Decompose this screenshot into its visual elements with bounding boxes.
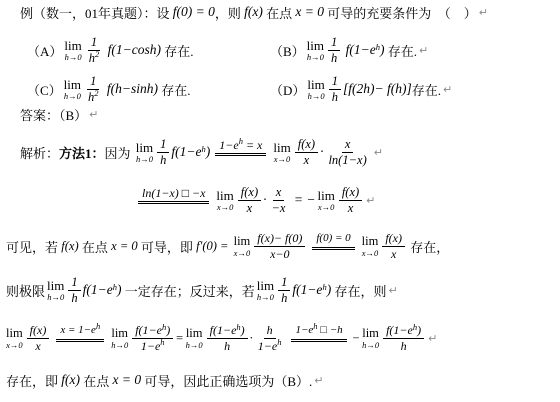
exponent: h (113, 282, 117, 292)
exists-text: 存在. (412, 80, 441, 99)
paragraph-mark: ↵ (366, 194, 375, 207)
solution-text: 可导，即 (138, 237, 197, 256)
paragraph-mark: ↵ (89, 108, 98, 121)
fraction: 1h2 (85, 74, 102, 105)
limit-operator: limh→0 (257, 279, 274, 302)
math-expression: f(1−eh) (292, 282, 331, 298)
equals-sign: = (175, 331, 183, 346)
paragraph-mark: ↵ (374, 146, 383, 159)
fraction: 1h (157, 137, 169, 168)
exists-text: 存在. (161, 41, 194, 60)
solution-line-5: limx→0 f(x)x x = 1−eh limh→0 f(1−eh)1−eh… (4, 314, 437, 362)
paragraph-mark: ↵ (388, 284, 397, 297)
option-label: （A） (27, 41, 62, 60)
substitution-annotation: x = 1−eh (56, 324, 104, 341)
limit-operator: limh→0 (136, 141, 153, 164)
fraction: f(1−eh)h (383, 323, 424, 353)
fraction: x−x (269, 185, 289, 216)
multiply-dot: · (320, 144, 323, 160)
paragraph-mark: ↵ (419, 44, 428, 57)
option-d: （D） limh→0 1h [f(2h)− f(h)] 存在. ↵ (270, 71, 452, 107)
fraction: 1h (328, 35, 340, 66)
math-expression: f(x) (61, 239, 78, 254)
equals-minus: = − (290, 192, 315, 208)
substitution-annotation: 1−eh = x (215, 138, 266, 156)
limit-operator: limx→0 (362, 235, 379, 257)
exponent: h (313, 321, 317, 331)
minus-sign: − (352, 331, 360, 346)
option-a: （A） limh→0 1h2 f(1−cosh) 存在. (27, 32, 193, 68)
limit-operator: limh→0 (47, 279, 64, 302)
exists-text: 存在， (407, 237, 449, 256)
fraction: xln(1−x) (325, 137, 369, 168)
multiply-dot: · (250, 331, 253, 346)
math-expression: f′(0) = (196, 239, 231, 254)
solution-text: 存在，即 (6, 371, 61, 390)
fraction: 1h2 (86, 35, 103, 66)
limit-operator: limx→0 (6, 327, 23, 349)
math-expression: f(x) (244, 4, 263, 20)
paragraph-mark: ↵ (314, 374, 323, 387)
paragraph-mark: ↵ (479, 6, 488, 19)
exponent: h (160, 337, 164, 347)
solution-text: 可导，因此正确选项为（B）. (141, 371, 312, 390)
paragraph-mark: ↵ (428, 332, 437, 345)
math-expression: f(h−sinh) (104, 81, 158, 97)
fraction: h1−eh (255, 323, 285, 353)
option-c: （C） limh→0 1h2 f(h−sinh) 存在. (27, 71, 191, 107)
solution-label: 解析： (20, 143, 59, 162)
exponent: h (162, 322, 166, 332)
paragraph-mark: ↵ (443, 83, 452, 96)
math-expression: x = 0 (111, 239, 137, 254)
question-text: 在点 (263, 3, 296, 22)
exponent: h (277, 337, 281, 347)
answer-text: 答案：（B） (20, 105, 87, 124)
exists-text: 存在. (158, 80, 191, 99)
limit-operator: limh→0 (362, 327, 379, 349)
question-text: 例（数一，01年真题）：设 (20, 3, 173, 22)
fraction: f(x)x (295, 137, 318, 168)
exponent: 2 (95, 49, 99, 59)
solution-text: 在点 (80, 371, 113, 390)
exponent: h (413, 322, 417, 332)
option-label: （D） (270, 80, 305, 99)
math-expression: f(0) = 0 (173, 4, 215, 20)
math-expression: f(1−eh) (342, 42, 384, 58)
math-expression: f(1−eh) (171, 144, 210, 160)
math-expression: [f(2h)− f(h)] (343, 81, 412, 97)
fraction: 1h (329, 74, 341, 105)
fraction: f(x)x (238, 185, 261, 216)
limit-operator: limx→0 (234, 235, 251, 257)
math-expression: f(1−cosh) (104, 42, 161, 58)
exponent: h (239, 136, 243, 146)
limit-operator: limh→0 (64, 78, 81, 101)
exists-text: 存在. (385, 41, 418, 60)
solution-text: 可见，若 (6, 237, 61, 256)
limit-operator: limh→0 (111, 327, 128, 349)
fraction: 1h (278, 275, 290, 306)
equivalence-annotation: ln(1−x) □ −x (138, 186, 209, 204)
math-expression: x = 0 (295, 4, 324, 20)
option-b: （B） limh→0 1h f(1−eh) 存在. ↵ (270, 32, 428, 68)
substitution-annotation: f(0) = 0 (312, 232, 354, 249)
limit-operator: limh→0 (64, 39, 81, 62)
limit-operator: limh→0 (186, 327, 203, 349)
solution-text: 则极限 (6, 281, 45, 300)
solution-text: 在点 (79, 237, 112, 256)
exponent: h (322, 282, 326, 292)
solution-text: 存在，则 (331, 281, 386, 300)
exponent: h (202, 144, 206, 154)
solution-line-3: 可见，若 f(x) 在点 x = 0 可导，即 f′(0) = limx→0 f… (6, 224, 449, 268)
fraction: f(x)x (382, 231, 405, 261)
document-page: { "pilcrow": "↵", "l1": { "t1": "例（数一，01… (0, 0, 560, 402)
limit-operator: limx→0 (317, 189, 334, 212)
conclusion-line: 存在，即 f(x) 在点 x = 0 可导，因此正确选项为（B）. ↵ (6, 368, 324, 392)
question-line: 例（数一，01年真题）：设 f(0) = 0，则 f(x) 在点 x = 0 可… (20, 2, 488, 22)
fraction: 1h (68, 275, 80, 306)
fraction: f(x)x (339, 185, 362, 216)
solution-line-4: 则极限 limh→0 1h f(1−eh) 一定存在；反过来，若 limh→0 … (6, 269, 398, 311)
solution-text: 因为 (105, 143, 134, 162)
solution-line-2: ln(1−x) □ −x limx→0 f(x)x · x−x = − limx… (133, 180, 375, 220)
fraction: f(1−eh)1−eh (132, 323, 173, 353)
multiply-dot: · (263, 192, 266, 208)
limit-operator: limh→0 (307, 78, 324, 101)
option-label: （C） (27, 80, 62, 99)
answer-line: 答案：（B） ↵ (20, 104, 98, 124)
math-expression: x = 0 (113, 372, 142, 388)
method-label: 方法1： (59, 143, 105, 162)
question-text: 可导的充要条件为 （ ） (324, 3, 477, 22)
fraction: f(x)x (27, 323, 50, 353)
limit-operator: limx→0 (273, 141, 290, 164)
equivalence-annotation: 1−eh □ −h (291, 324, 346, 341)
fraction: f(x)− f(0)x−0 (254, 231, 305, 261)
option-label: （B） (270, 41, 305, 60)
math-expression: f(x) (61, 372, 80, 388)
exponent: h (376, 42, 380, 52)
limit-operator: limx→0 (216, 189, 233, 212)
exponent: h (96, 321, 100, 331)
solution-line-1: 解析： 方法1： 因为 limh→0 1h f(1−eh) 1−eh = x l… (20, 130, 383, 174)
exponent: 2 (94, 88, 98, 98)
fraction: f(1−eh)h (207, 323, 248, 353)
exponent: h (236, 322, 240, 332)
limit-operator: limh→0 (307, 39, 324, 62)
question-text: ，则 (215, 3, 244, 22)
math-expression: f(1−eh) (83, 282, 122, 298)
solution-text: 一定存在；反过来，若 (121, 281, 254, 300)
